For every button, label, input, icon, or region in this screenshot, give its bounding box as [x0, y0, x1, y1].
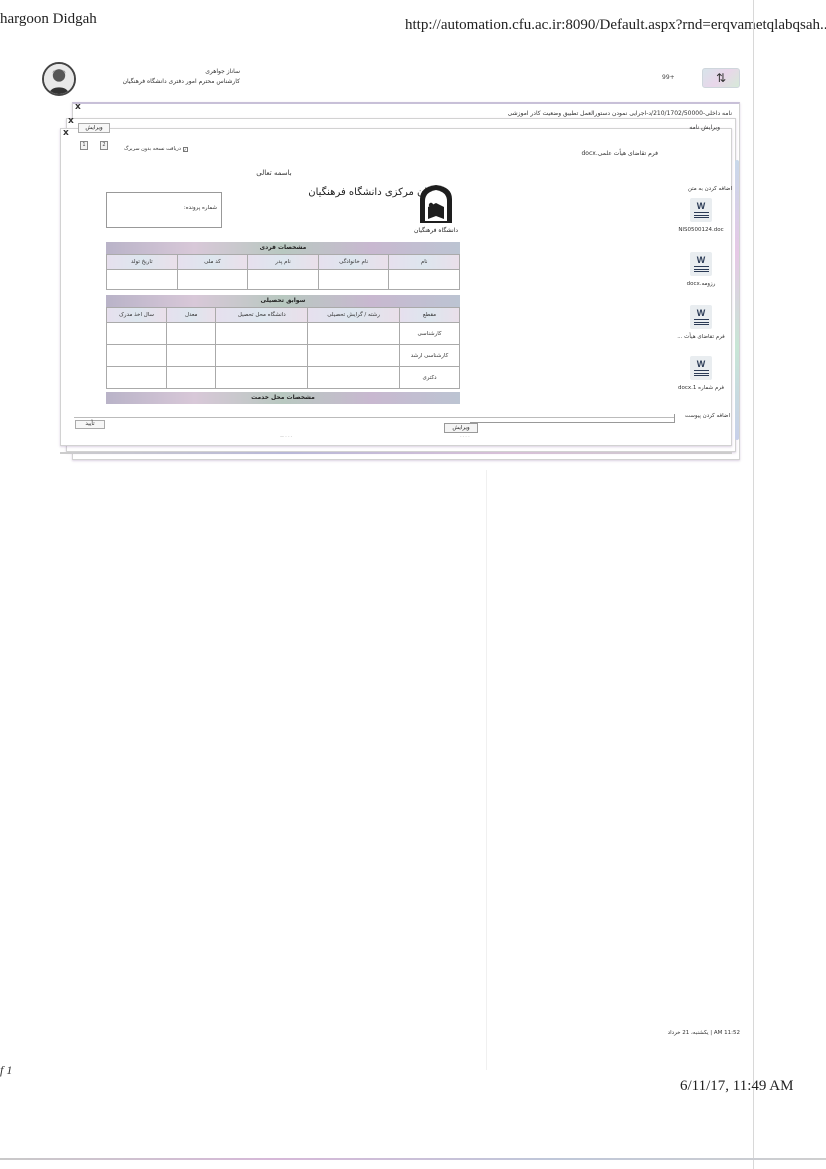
print-footer-datetime: 6/11/17, 11:49 AM — [680, 1078, 793, 1095]
table-row: کارشناسی — [107, 323, 460, 345]
scan-artifact-line — [0, 1158, 826, 1160]
print-header-url: http://automation.cfu.ac.ir:8090/Default… — [405, 17, 826, 34]
table-row: کارشناسی ارشد — [107, 345, 460, 367]
print-footer-page: f 1 — [0, 1063, 12, 1078]
table-row: دکتری — [107, 367, 460, 389]
table-cell — [308, 367, 400, 389]
table-cell — [308, 323, 400, 345]
table-cell — [389, 270, 460, 290]
education-table: مقطع رشته / گرایش تحصیلی دانشگاه محل تحص… — [106, 307, 460, 389]
table-cell — [216, 345, 308, 367]
user-bar: ساناز جواهری کارشناس محترم امور دفتری دا… — [42, 62, 742, 98]
table-cell — [177, 270, 248, 290]
column-header: نام خانوادگی — [318, 255, 389, 270]
row-label: دکتری — [400, 367, 460, 389]
edit-letter-label: ویرایش نامه — [650, 124, 720, 131]
attachment-name: فرم تقاضای هیأت ... — [666, 334, 736, 340]
attachment-item[interactable]: W رزومه.docx — [666, 252, 736, 287]
close-icon[interactable]: x — [75, 102, 81, 112]
table-cell — [107, 323, 167, 345]
table-cell — [167, 345, 216, 367]
checkbox-icon[interactable]: ✓ — [183, 147, 188, 152]
attachment-item[interactable]: W فرم تقاضای هیأت ... — [666, 305, 736, 340]
checkbox-label: دریافت نسخه بدون سربرگ — [124, 146, 181, 152]
add-attachment-label: اضافه کردن پیوست — [670, 413, 730, 419]
divider — [74, 417, 674, 418]
attachment-item[interactable]: W NIS0500124.doc — [666, 198, 736, 233]
word-doc-icon: W — [690, 252, 712, 276]
table-cell — [107, 367, 167, 389]
no-letterhead-checkbox[interactable]: ✓ دریافت نسخه بدون سربرگ — [118, 146, 188, 152]
edit-button[interactable]: ویرایش — [444, 423, 478, 433]
notification-count[interactable]: 99+ — [662, 74, 675, 81]
faded-text: — - - - — [280, 434, 292, 439]
attachment-item[interactable]: W فرم شماره 1.docx — [666, 356, 736, 391]
svg-text:دانشگاه فرهنگیان: دانشگاه فرهنگیان — [414, 226, 458, 234]
workplace-section-header: مشخصات محل خدمت — [106, 392, 460, 404]
user-name: ساناز جواهری — [82, 68, 240, 75]
page-next-icon[interactable]: 2 — [100, 141, 108, 150]
add-attachment-input[interactable] — [470, 414, 675, 423]
personal-info-table: نام نام خانوادگی نام پدر کد ملی تاریخ تو… — [106, 254, 460, 290]
table-cell — [167, 323, 216, 345]
table-cell — [216, 323, 308, 345]
add-to-text-link[interactable]: اضافه کردن به متن — [670, 186, 732, 192]
column-header: سال اخذ مدرک — [107, 308, 167, 323]
scan-artifact-line — [486, 470, 487, 1070]
confirm-button[interactable]: تأیید — [75, 420, 105, 429]
education-section-header: سوابق تحصیلی — [106, 295, 460, 307]
column-header: معدل — [167, 308, 216, 323]
university-logo: دانشگاه فرهنگیان — [412, 183, 460, 235]
close-icon[interactable]: x — [68, 116, 74, 126]
faded-text: - - - - — [460, 434, 470, 439]
table-row — [107, 270, 460, 290]
row-label: کارشناسی ارشد — [400, 345, 460, 367]
file-number-box: شماره پرونده: — [106, 192, 222, 228]
table-cell — [308, 345, 400, 367]
column-header: کد ملی — [177, 255, 248, 270]
attachment-name: رزومه.docx — [666, 281, 736, 287]
column-header: دانشگاه محل تحصیل — [216, 308, 308, 323]
print-header-app-name: hargoon Didgah — [0, 11, 97, 28]
table-cell — [318, 270, 389, 290]
edit-button[interactable]: ویرایش — [78, 123, 110, 133]
column-header: مقطع — [400, 308, 460, 323]
window-shadow — [60, 452, 732, 454]
refresh-icon: ⇅ — [716, 71, 726, 85]
word-doc-icon: W — [690, 305, 712, 329]
attachment-name: NIS0500124.doc — [666, 227, 736, 233]
document-preview: باسمه تعالی سازمان مرکزی دانشگاه فرهنگیا… — [104, 165, 460, 415]
university-logo-icon: دانشگاه فرهنگیان — [412, 183, 460, 235]
user-avatar-icon — [44, 64, 74, 94]
timestamp-line: 11:52 AM | یکشنبه، 21 خرداد — [620, 1030, 740, 1036]
window-title: نامه داخلی-210/1702/50000/د-اجرایی نمودن… — [440, 110, 732, 117]
word-doc-icon: W — [690, 356, 712, 380]
table-cell — [107, 345, 167, 367]
close-icon[interactable]: x — [63, 128, 69, 138]
row-label: کارشناسی — [400, 323, 460, 345]
personal-section-header: مشخصات فردی — [106, 242, 460, 254]
table-cell — [216, 367, 308, 389]
page-prev-icon[interactable]: 1 — [80, 141, 88, 150]
scan-artifact-line — [753, 0, 754, 1169]
word-doc-icon: W — [690, 198, 712, 222]
document-bismillah: باسمه تعالی — [104, 169, 444, 177]
document-filename: فرم تقاضای هیأت علمی.docx — [560, 150, 658, 157]
column-header: نام پدر — [248, 255, 319, 270]
table-cell — [107, 270, 178, 290]
file-number-label: شماره پرونده: — [184, 205, 217, 211]
column-header: رشته / گرایش تحصیلی — [308, 308, 400, 323]
avatar[interactable] — [42, 62, 76, 96]
attachment-name: فرم شماره 1.docx — [666, 385, 736, 391]
refresh-button[interactable]: ⇅ — [702, 68, 740, 88]
table-cell — [248, 270, 319, 290]
user-role: کارشناس محترم امور دفتری دانشگاه فرهنگیا… — [82, 78, 240, 85]
column-header: نام — [389, 255, 460, 270]
table-cell — [167, 367, 216, 389]
column-header: تاریخ تولد — [107, 255, 178, 270]
